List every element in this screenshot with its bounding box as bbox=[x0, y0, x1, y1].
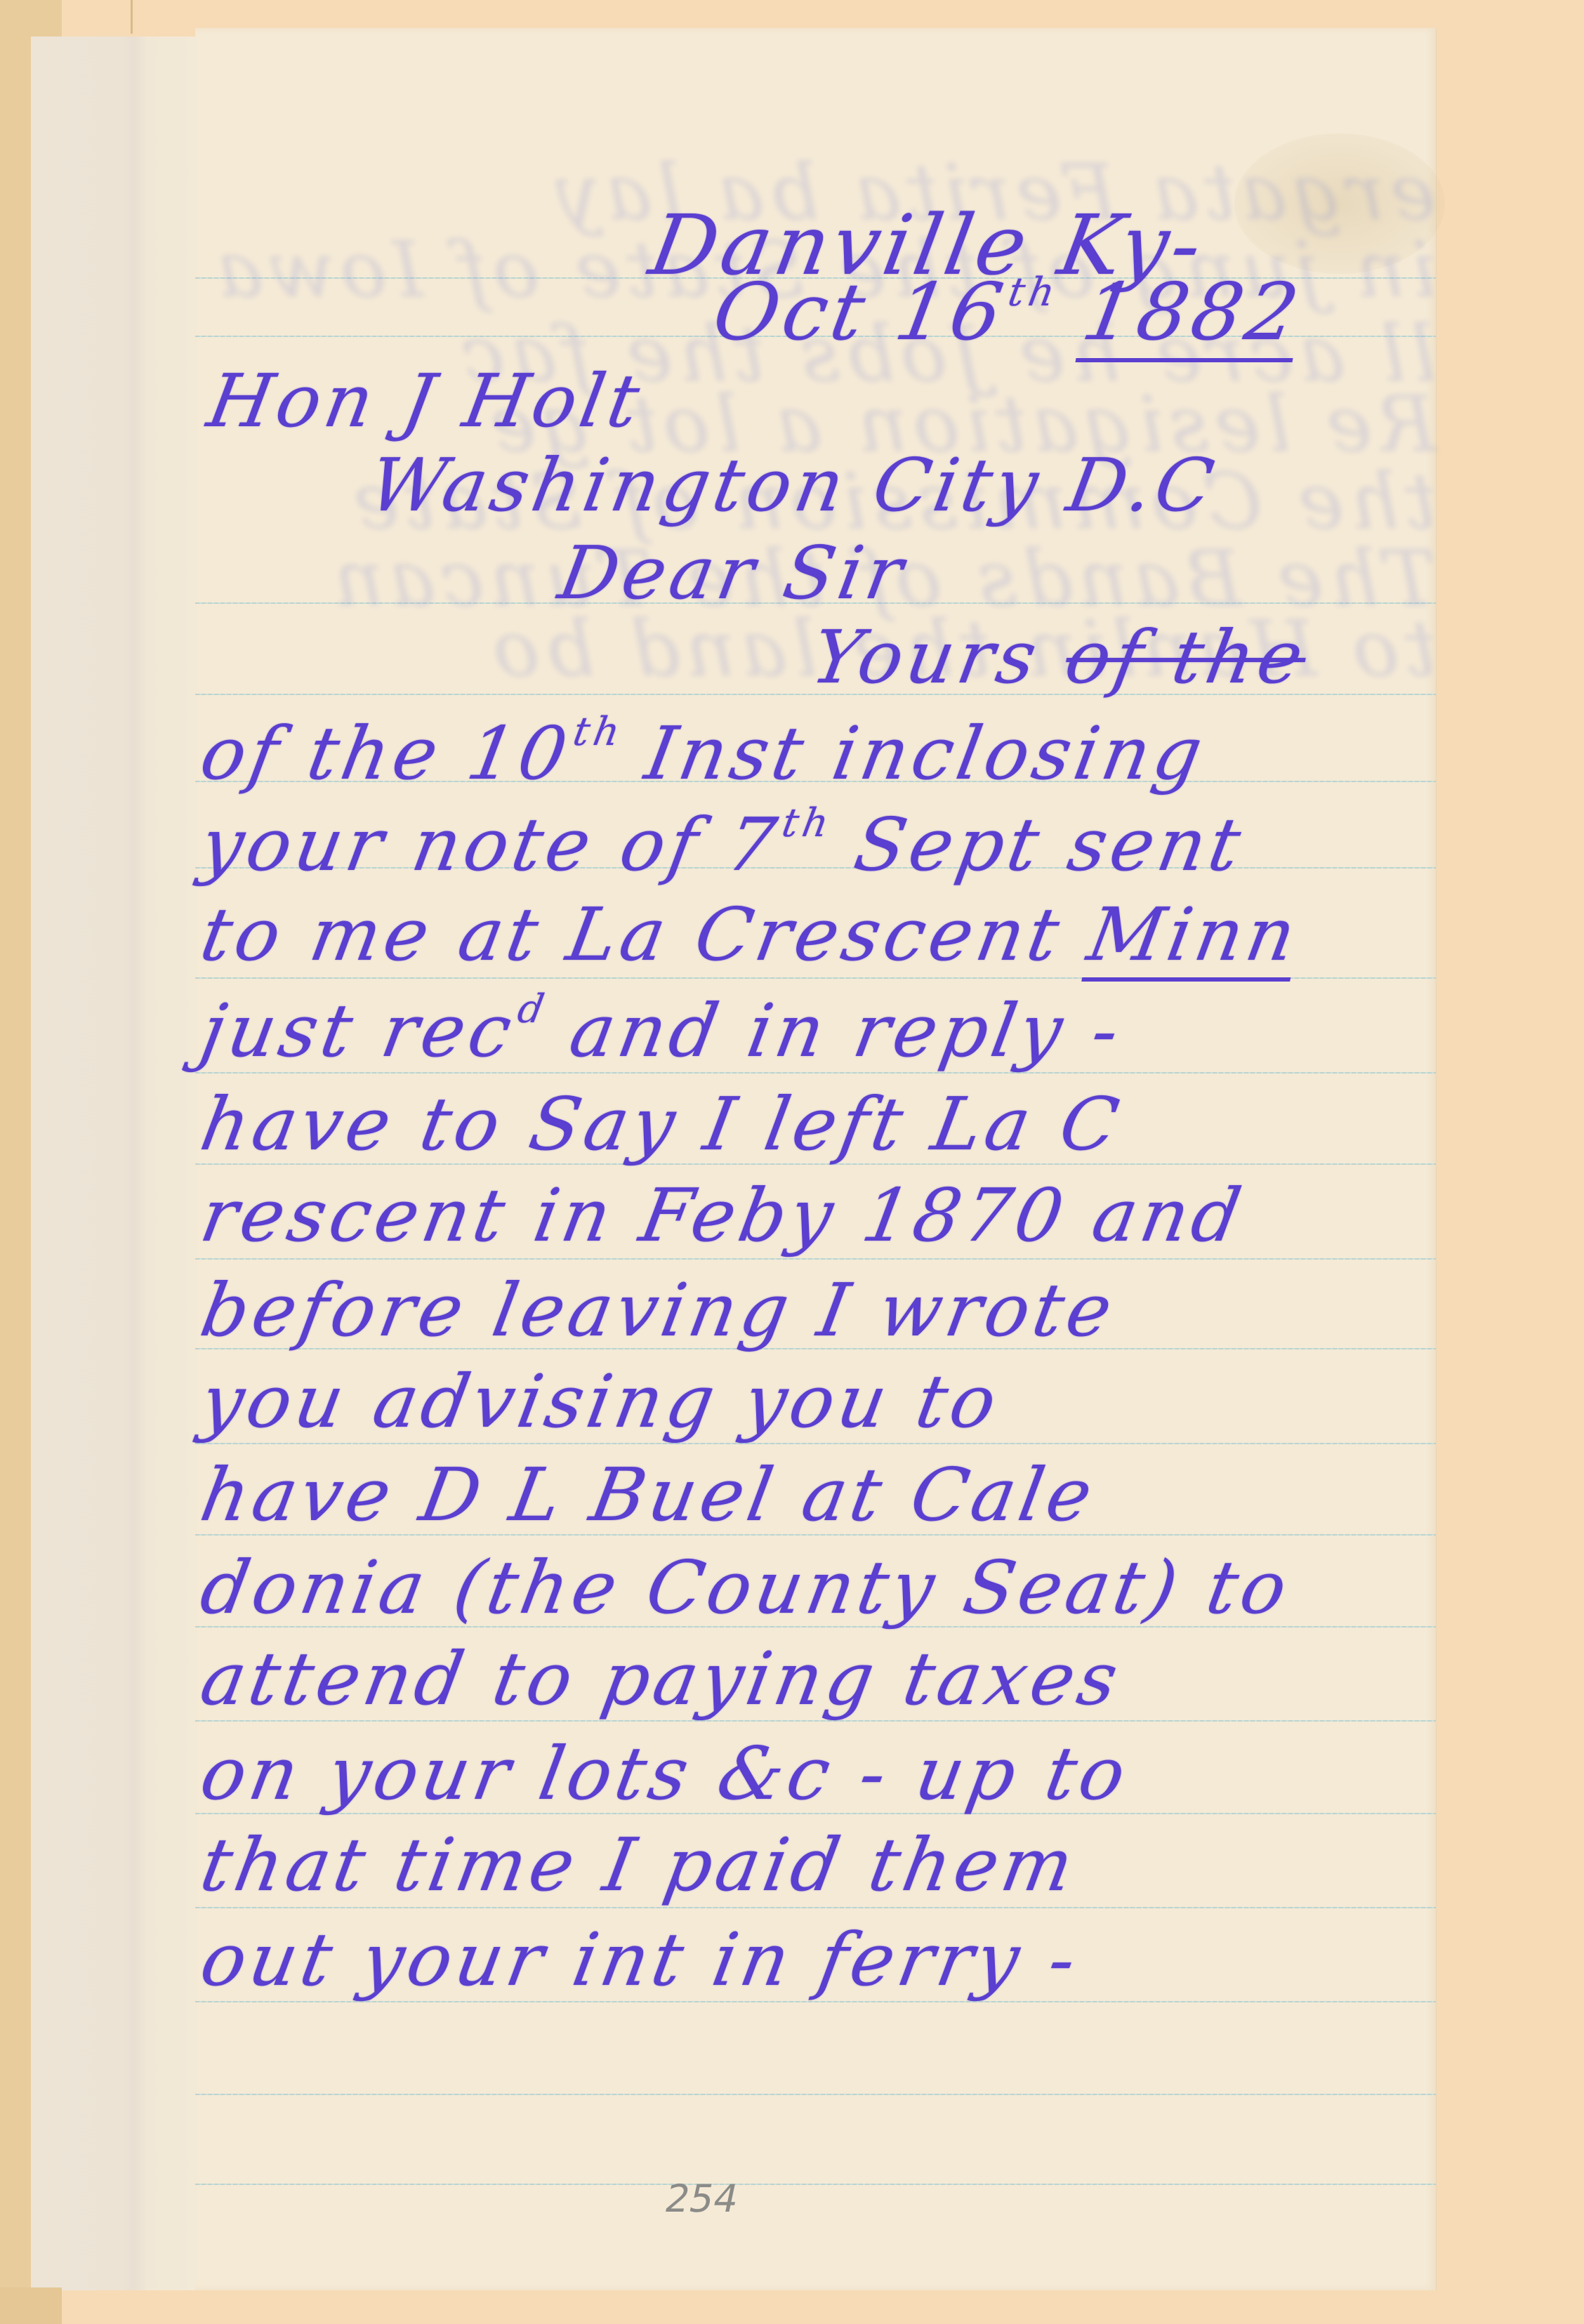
body-line-11: donia (the County Seat) to bbox=[194, 1545, 1297, 1630]
ruled-line bbox=[195, 2094, 1436, 2095]
salutation: Dear Sir bbox=[553, 530, 913, 616]
date-day-suffix: th bbox=[1005, 270, 1062, 315]
letter-page: ergata Ferita ba lay in jung of the Stat… bbox=[195, 28, 1437, 2290]
body-line-2: of the 10th Inst inclosing bbox=[194, 709, 1213, 796]
ruled-line bbox=[195, 1258, 1436, 1260]
body-line-6: have to Say I left La C bbox=[194, 1081, 1128, 1167]
body-line-14: that time I paid them bbox=[194, 1822, 1083, 1908]
body-line-12: attend to paying taxes bbox=[194, 1636, 1128, 1722]
tissue-hinge bbox=[31, 37, 197, 2290]
recipient-address: Washington City D.C bbox=[363, 442, 1224, 528]
date-line: Oct 16th 1882 bbox=[707, 267, 1309, 358]
date-year: 1882 bbox=[1075, 267, 1309, 362]
body-line-7: rescent in Feby 1870 and bbox=[194, 1173, 1251, 1258]
mount-edge bbox=[131, 0, 133, 34]
body-line-8: before leaving I wrote bbox=[194, 1267, 1122, 1353]
page-number: 254 bbox=[661, 2177, 742, 2221]
struck-text: of the bbox=[1060, 614, 1314, 700]
body-line-5: just recd and in reply - bbox=[194, 986, 1130, 1074]
underlined-text: Minn bbox=[1081, 892, 1306, 982]
body-line-4: to me at La Crescent Minn bbox=[194, 892, 1306, 977]
ruled-line bbox=[195, 2184, 1436, 2185]
body-line-9: you advising you to bbox=[194, 1359, 1007, 1444]
body-line-1: Yours of the bbox=[805, 614, 1313, 700]
body-line-3: your note of 7th Sept sent bbox=[194, 800, 1251, 887]
recipient-name: Hon J Holt bbox=[202, 358, 649, 444]
body-line-15: out your int in ferry - bbox=[194, 1917, 1086, 2002]
date-month: Oct bbox=[707, 267, 876, 358]
mount-backing-bottom bbox=[0, 2287, 62, 2324]
body-line-13: on your lots &c - up to bbox=[194, 1731, 1135, 1816]
date-day: 16 bbox=[889, 267, 1013, 358]
body-line-10: have D L Buel at Cale bbox=[194, 1452, 1102, 1538]
